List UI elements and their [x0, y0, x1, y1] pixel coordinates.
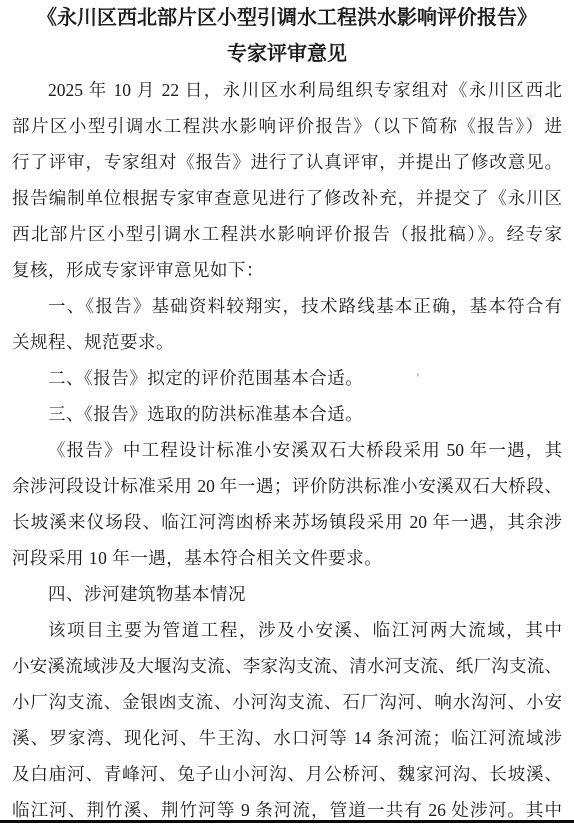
document-text-line: 报告编制单位根据专家审查意见进行了修改补充，并提交了《永川区 — [12, 180, 562, 216]
document-text-block: 《永川区西北部片区小型引调水工程洪水影响评价报告》专家评审意见2025 年 10… — [12, 0, 562, 825]
document-text-line: 2025 年 10 月 22 日，永川区水利局组织专家组对《永川区西北 — [12, 72, 562, 108]
document-text-line: 余涉河段设计标准采用 20 年一遇；评价防洪标准小安溪双石大桥段、 — [12, 468, 562, 504]
document-text-line: 三、《报告》选取的防洪标准基本合适。 — [12, 396, 562, 432]
document-text-line: 小安溪流域涉及大堰沟支流、李家沟支流、清水河支流、纸厂沟支流、 — [12, 648, 562, 684]
document-text-line: 一、《报告》基础资料较翔实，技术路线基本正确，基本符合有 — [12, 288, 562, 324]
document-text-line: 关规程、规范要求。 — [12, 324, 562, 360]
document-text-line: 溪、罗家湾、现化河、牛王沟、水口河等 14 条河流；临江河流域涉 — [12, 720, 562, 756]
document-title-line: 专家评审意见 — [12, 36, 562, 72]
document-text-line: 四、涉河建筑物基本情况 — [12, 576, 562, 612]
document-page: 《永川区西北部片区小型引调水工程洪水影响评价报告》专家评审意见2025 年 10… — [0, 0, 574, 825]
document-title-line: 《永川区西北部片区小型引调水工程洪水影响评价报告》 — [12, 0, 562, 36]
document-text-line: 河段采用 10 年一遇，基本符合相关文件要求。 — [12, 540, 562, 576]
document-text-line: 复核，形成专家评审意见如下： — [12, 252, 562, 288]
document-text-line: 长坡溪来仪场段、临江河湾凼桥来苏场镇段采用 20 年一遇，其余涉 — [12, 504, 562, 540]
document-text-line: 小厂沟支流、金银凼支流、小河沟支流、石厂沟河、响水沟河、小安 — [12, 684, 562, 720]
page-bottom-rule — [0, 820, 574, 823]
document-text-line: 及白庙河、青峰河、兔子山小河沟、月公桥河、魏家河沟、长坡溪、 — [12, 756, 562, 792]
document-text-line: 部片区小型引调水工程洪水影响评价报告》（以下简称《报告》）进 — [12, 108, 562, 144]
document-text-line: 《报告》中工程设计标准小安溪双石大桥段采用 50 年一遇，其 — [12, 432, 562, 468]
document-text-line: 行了评审，专家组对《报告》进行了认真评审，并提出了修改意见。 — [12, 144, 562, 180]
document-text-line: 该项目主要为管道工程，涉及小安溪、临江河两大流域，其中 — [12, 612, 562, 648]
document-text-line: 西北部片区小型引调水工程洪水影响评价报告（报批稿）》。经专家 — [12, 216, 562, 252]
document-text-line: 二、《报告》拟定的评价范围基本合适。 — [12, 360, 562, 396]
